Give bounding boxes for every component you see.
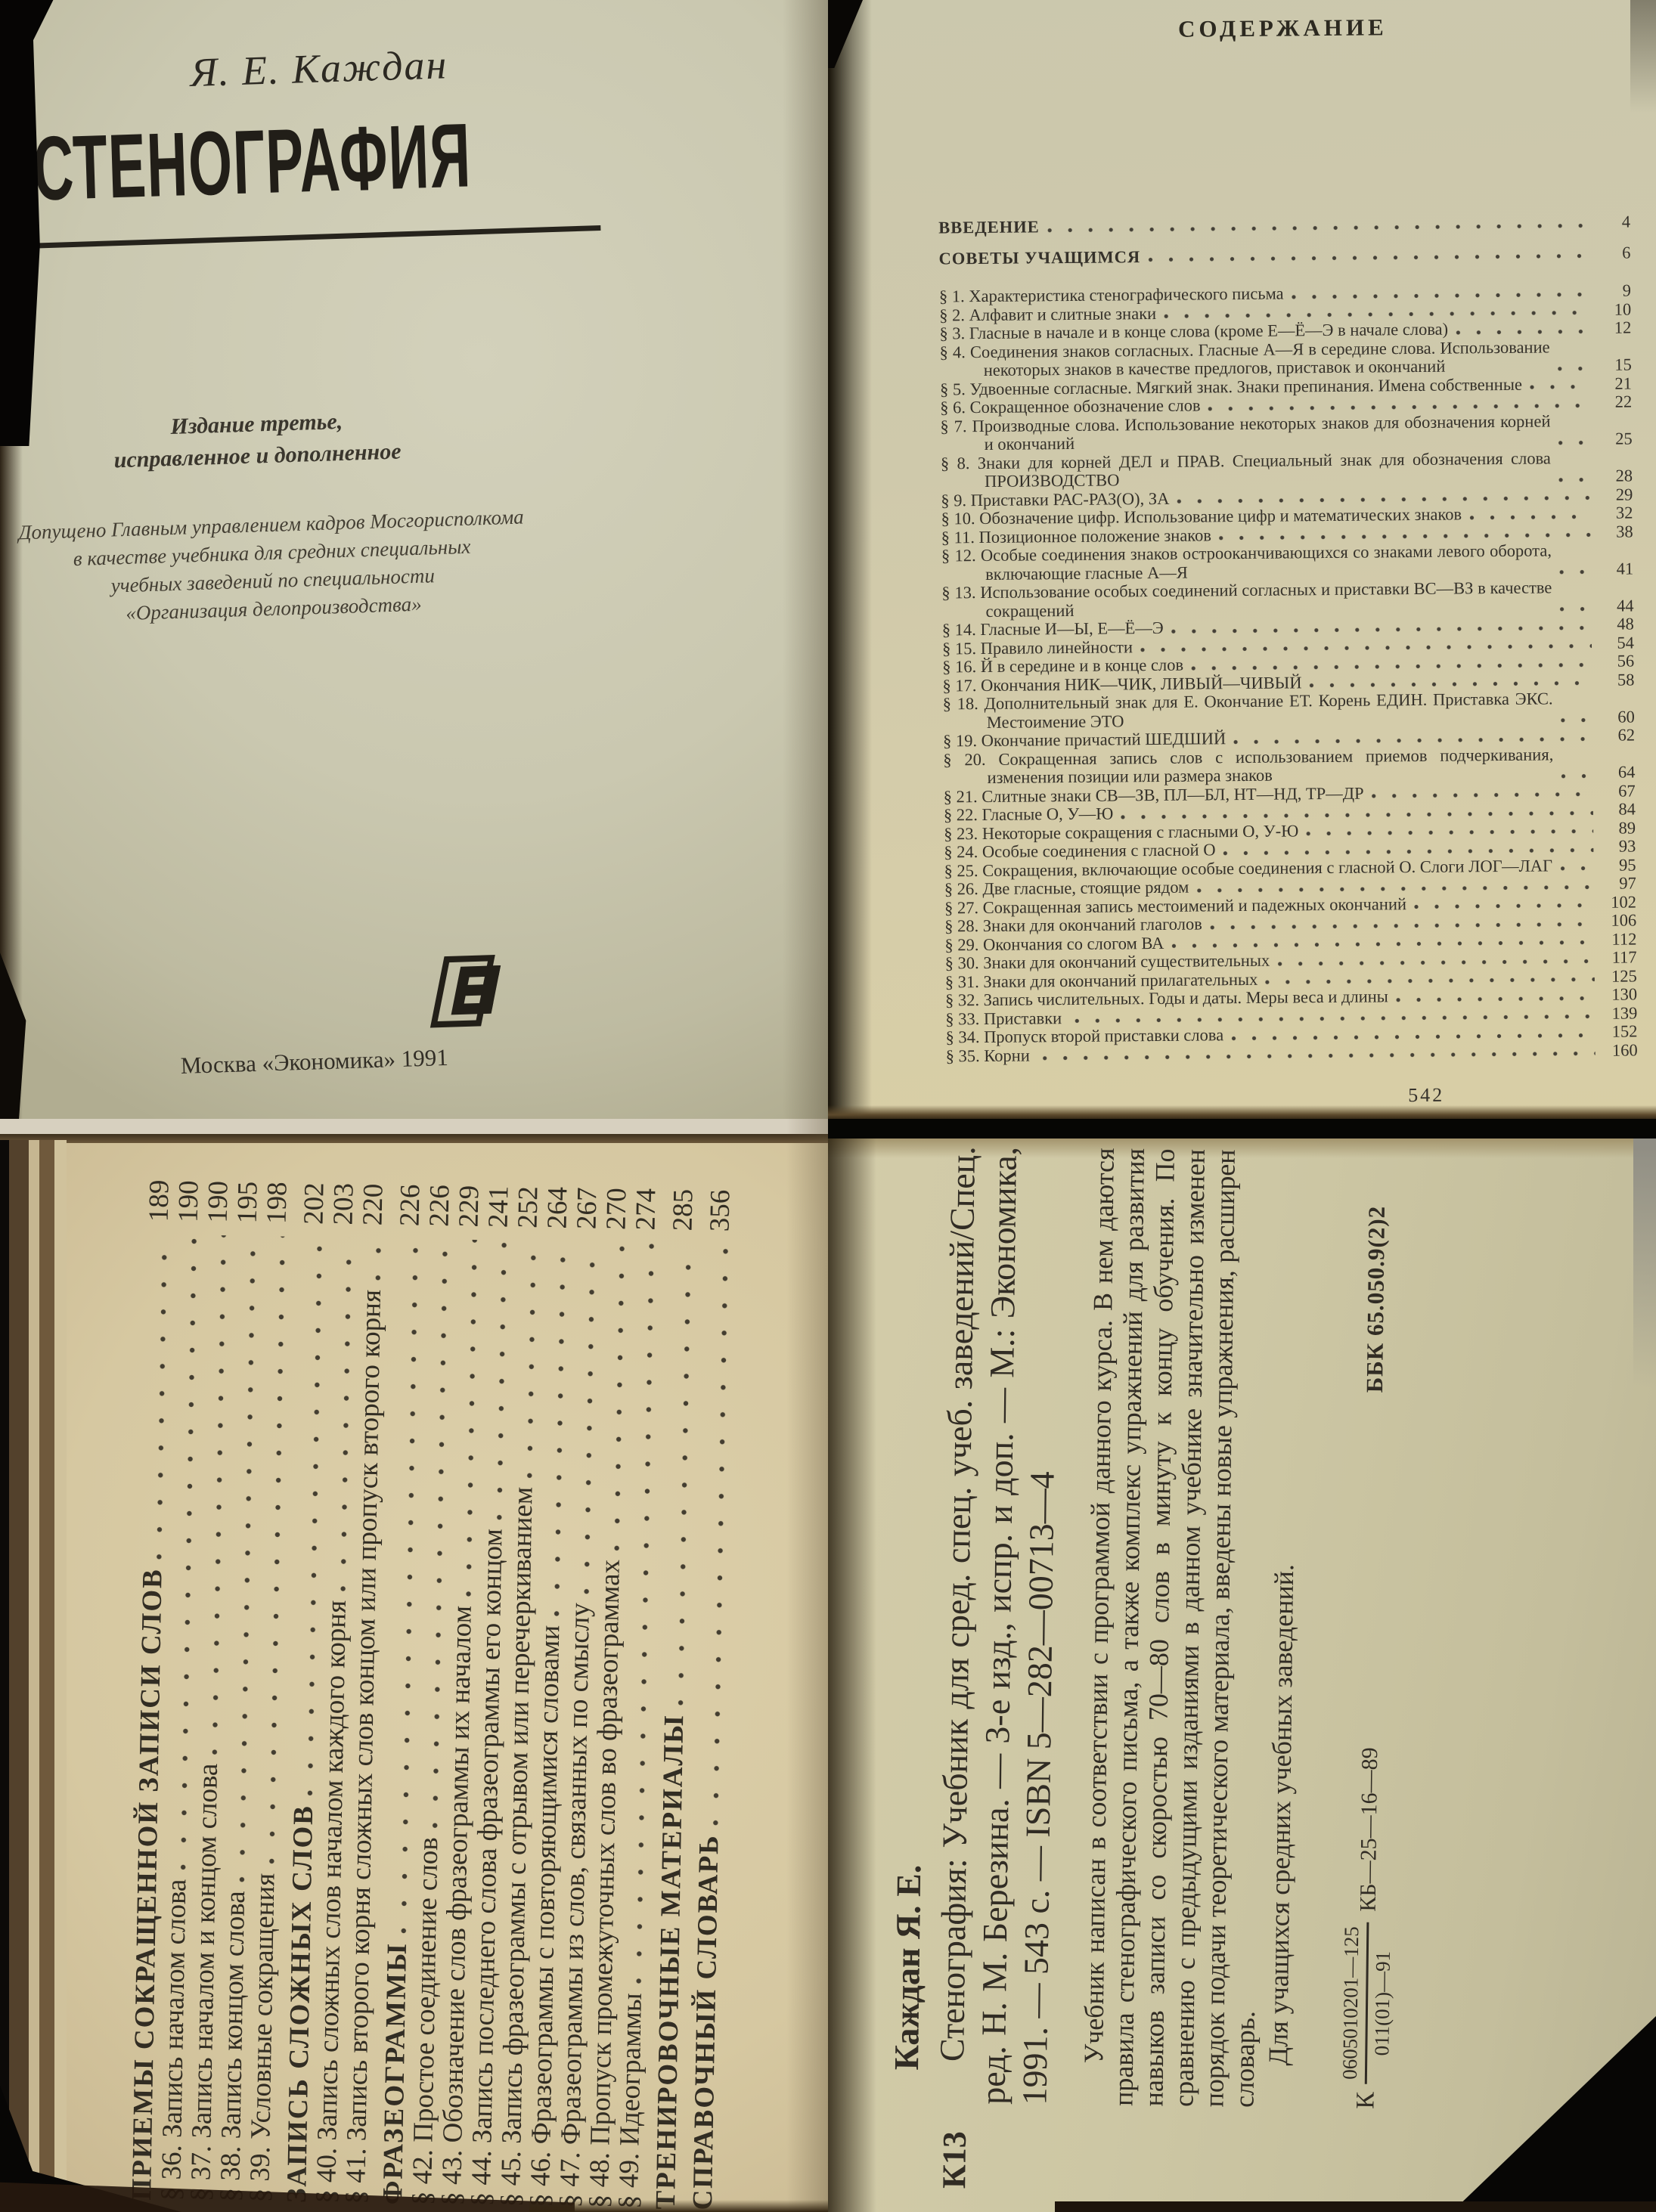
edition-note: Издание третье, исправленное и дополненн…: [0, 401, 519, 481]
toc-entry-label: § 20. Сокращенная запись слов с использо…: [943, 745, 1553, 788]
dot-leader: [1309, 678, 1592, 689]
dot-leader: [710, 1244, 730, 1826]
toc-entry-page: 10: [1593, 300, 1631, 319]
dot-leader: [551, 1241, 568, 1616]
catalog-numerator: 0605010201—125: [1337, 1922, 1369, 2084]
toc-entry-label: § 39. Условные сокращения: [245, 1873, 281, 2202]
toc-entry-label: § 7. Производные слова. Использование не…: [940, 412, 1550, 454]
dot-leader: [1148, 251, 1588, 263]
toc-entry-page: 198: [262, 1182, 292, 1231]
toc-entry-label: § 13. Использование особых соединений со…: [941, 578, 1552, 621]
toc-entry: СОВЕТЫ УЧАЩИМСЯ 6: [938, 243, 1630, 268]
toc-entry-label: § 35. Корни: [946, 1046, 1036, 1066]
catalog-index-row: К 0605010201—125 011(01)—91 КБ—25—16—89 …: [1336, 1151, 1406, 2109]
toc-entry-page: 190: [203, 1181, 233, 1230]
colophon-author: Каждан Я. Е.: [886, 1145, 938, 2071]
toc-entry: § 4. Соединения знаков согласных. Гласны…: [939, 337, 1631, 380]
contents-page-photo: СОДЕРЖАНИЕ ВВЕДЕНИЕ 4 СОВЕТЫ УЧАЩИМСЯ 6 …: [828, 0, 1656, 1119]
toc-entry-page: 189: [144, 1179, 174, 1228]
catalog-letter: К: [1351, 2092, 1380, 2109]
toc-entry-page: 195: [232, 1181, 262, 1230]
toc-entry-page: 22: [1594, 392, 1632, 411]
dot-leader: [1558, 437, 1590, 445]
toc-entry-page: 84: [1598, 800, 1636, 819]
book-author: Я. Е. Каждан: [190, 41, 448, 96]
toc-entry-page: 4: [1592, 213, 1630, 232]
toc-entry-label: § 18. Дополнительный знак для Е. Окончан…: [943, 689, 1553, 732]
bbk-classification: ББК 65.050.9(2)2: [1361, 1206, 1391, 1393]
toc-entry-page: 12: [1593, 318, 1631, 337]
toc-entry-page: 203: [328, 1183, 358, 1232]
dot-leader: [633, 1243, 656, 1984]
colophon-page-photo: К13 Каждан Я. Е. Стенография: Учебник дл…: [828, 1119, 1656, 2212]
toc-entry-page: 95: [1598, 856, 1636, 875]
toc-entry-page: 56: [1596, 652, 1634, 671]
toc-entry-page: 58: [1596, 671, 1634, 689]
dot-leader: [266, 1236, 287, 1864]
dot-leader: [1292, 289, 1589, 299]
dot-leader: [1164, 308, 1589, 320]
toc-entry-page: 252: [513, 1186, 543, 1235]
catalog-fraction: 0605010201—125 011(01)—91: [1337, 1922, 1397, 2084]
dot-leader: [611, 1242, 626, 1551]
toc-entry-page: 190: [173, 1180, 203, 1229]
dot-leader: [1372, 789, 1593, 800]
toc-entry-page: 9: [1593, 281, 1631, 300]
toc-entry-page: 117: [1599, 948, 1637, 967]
toc-entry-label: § 8. Знаки для корней ДЕЛ и ПРАВ. Специа…: [941, 449, 1551, 491]
dot-leader: [1047, 220, 1589, 233]
dot-leader: [1560, 604, 1592, 612]
toc-entry-label: § 12. Особые соединения знаков остроокан…: [941, 541, 1552, 584]
publisher-logo-icon: [426, 946, 510, 1035]
page-number: 542: [1366, 1083, 1487, 1107]
contents-list: ВВЕДЕНИЕ 4 СОВЕТЫ УЧАЩИМСЯ 6 § 1. Характ…: [938, 201, 1638, 1066]
toc-entry-page: 21: [1594, 374, 1632, 393]
toc-entry-page: 130: [1599, 985, 1637, 1004]
toc-entry-page: 93: [1598, 837, 1636, 856]
toc-entry-label: § 28. Знаки для окончаний глаголов: [944, 915, 1202, 935]
dot-leader: [1277, 956, 1595, 967]
toc-entry-page: 356: [705, 1189, 735, 1238]
dot-leader: [1414, 900, 1594, 910]
spine-shadow: [828, 1139, 876, 2212]
toc-entry-label: § 49. Идеограммы: [614, 1993, 647, 2209]
catalog-card: К13 Каждан Я. Е. Стенография: Учебник дл…: [885, 1145, 1406, 2198]
toc-entry-page: 29: [1595, 485, 1633, 504]
dot-leader: [1530, 382, 1589, 391]
toc-entry-page: 229: [454, 1185, 484, 1235]
dot-leader: [1177, 493, 1590, 505]
dot-leader: [1558, 363, 1589, 371]
dot-leader: [1456, 326, 1589, 336]
dot-leader: [1265, 974, 1595, 986]
dot-leader: [1191, 659, 1592, 671]
toc-entry-page: 64: [1597, 763, 1635, 782]
dot-leader: [1231, 1030, 1595, 1041]
dot-leader: [1121, 807, 1593, 819]
toc-entry-page: 28: [1595, 466, 1633, 485]
fanned-pages-edge: [0, 1140, 73, 2212]
catalog-card-code: К13: [935, 2131, 974, 2189]
photo-black-edge: [828, 1119, 1656, 1139]
book-scan-collage: { "colors": {"paper": "#cfccb1", "paper_…: [0, 0, 1656, 2212]
toc-entry-page: 226: [424, 1185, 454, 1234]
imprint-line: Москва «Экономика» 1991: [15, 1039, 613, 1085]
toc-entry-page: 241: [483, 1185, 513, 1235]
toc-entry: § 13. Использование особых соединений со…: [941, 578, 1633, 621]
toc-entry-page: 102: [1599, 893, 1636, 912]
dot-leader: [154, 1235, 169, 1560]
bibliographic-entry: Стенография: Учебник для сред. спец. уче…: [930, 1146, 1066, 2105]
dot-leader: [1140, 641, 1592, 653]
title-page-photo: Я. Е. Каждан СТЕНОГРАФИЯ Издание третье,…: [0, 0, 828, 1119]
toc-entry-label: § 33. Приставки: [945, 1009, 1067, 1029]
toc-entry: ВВЕДЕНИЕ 4: [938, 213, 1630, 237]
toc-entry-page: 202: [299, 1182, 329, 1231]
catalog-code: КБ—25—16—89: [1355, 1747, 1383, 1912]
contents-header: СОДЕРЖАНИЕ: [937, 12, 1629, 45]
toc-entry-label: СПРАВОЧНЫЙ СЛОВАРЬ: [688, 1834, 724, 2210]
toc-entry-page: 267: [572, 1187, 602, 1236]
toc-entry-page: 106: [1599, 911, 1636, 930]
toc-entry-label: § 16. Й в середине и в конце слов: [942, 656, 1183, 677]
dot-leader: [524, 1241, 538, 1478]
annotation-paragraph: Учебник написан в соответствии с програм…: [1078, 1148, 1270, 2108]
toc-entry-page: 139: [1599, 1004, 1637, 1023]
toc-entry-page: 152: [1599, 1022, 1637, 1041]
toc-entry-label: § 34. Пропуск второй приставки слова: [945, 1026, 1223, 1047]
toc-entry-page: 274: [631, 1188, 661, 1238]
toc-entry-page: 54: [1596, 634, 1634, 652]
toc-entry-label: ТРЕНИРОВОЧНЫЕ МАТЕРИАЛЫ: [651, 1714, 689, 2210]
catalog-denominator: 011(01)—91: [1367, 1922, 1397, 2085]
dot-leader: [1043, 1049, 1596, 1061]
dot-leader: [1561, 715, 1592, 723]
dot-leader: [1396, 993, 1595, 1002]
dot-leader: [1560, 863, 1594, 872]
title-underline: [34, 225, 601, 249]
toc-entry-label: ВВЕДЕНИЕ: [938, 218, 1040, 237]
toc-entry-page: 285: [668, 1188, 698, 1238]
toc-entry-page: 226: [395, 1184, 425, 1233]
toc-entry-page: 270: [601, 1188, 631, 1237]
dot-leader: [1558, 474, 1590, 482]
toc-entry-label: § 26. Две гласные, стоящие рядом: [944, 878, 1189, 899]
toc-entry-page: 160: [1600, 1041, 1638, 1060]
dot-leader: [675, 1244, 693, 1705]
toc-entry: § 8. Знаки для корней ДЕЛ и ПРАВ. Специа…: [941, 448, 1633, 491]
dot-leader: [1171, 937, 1594, 950]
dot-leader: [463, 1240, 479, 1597]
toc-entry-page: 6: [1592, 243, 1630, 262]
toc-entry-label: § 22. Гласные О, У—Ю: [944, 804, 1114, 824]
approval-note: Допущено Главным управлением кадров Мосг…: [0, 503, 546, 632]
toc-entry-page: 48: [1596, 615, 1634, 634]
toc-entry-page: 220: [358, 1183, 388, 1232]
toc-entry-label: СОВЕТЫ УЧАЩИМСЯ: [938, 248, 1140, 268]
dot-leader: [1075, 1012, 1595, 1024]
contents-list-continued: ПРИЕМЫ СОКРАЩЕННОЙ ЗАПИСИ СЛОВ 189 § 36.…: [119, 1179, 751, 2210]
facing-page-edge: [0, 1119, 828, 1134]
toc-entry-page: 62: [1597, 726, 1635, 745]
toc-entry-page: 15: [1594, 355, 1632, 374]
spine-shadow: [786, 1119, 828, 2212]
dot-leader: [581, 1242, 597, 1594]
dot-leader: [1210, 919, 1594, 930]
dot-leader: [1196, 881, 1594, 894]
book-title: СТЕНОГРАФИЯ: [32, 110, 473, 214]
toc-entry-page: 125: [1599, 967, 1637, 986]
contents-page-content: СОДЕРЖАНИЕ ВВЕДЕНИЕ 4 СОВЕТЫ УЧАЩИМСЯ 6 …: [828, 0, 1656, 1119]
dot-leader: [1171, 622, 1592, 634]
dot-leader: [1233, 733, 1592, 745]
toc-entry-label: § 6. Сокращенное обозначение слов: [940, 396, 1201, 417]
dot-leader: [1561, 770, 1592, 779]
photo-black-edge: [1055, 2201, 1656, 2212]
toc-entry-page: 41: [1596, 559, 1633, 578]
dot-leader: [1219, 530, 1591, 541]
contents-continued-photo: ПРИЕМЫ СОКРАЩЕННОЙ ЗАПИСИ СЛОВ 189 § 36.…: [0, 1119, 828, 2212]
dot-leader: [1559, 567, 1591, 575]
toc-entry-label: § 4. Соединения знаков согласных. Гласны…: [939, 338, 1549, 380]
dot-leader: [1208, 400, 1590, 411]
dot-leader: [1223, 844, 1594, 856]
colophon-content: К13 Каждан Я. Е. Стенография: Учебник дл…: [885, 1145, 1656, 2201]
toc-entry: § 20. Сокращенная запись слов с использо…: [943, 745, 1635, 788]
toc-entry-page: 67: [1598, 782, 1636, 801]
toc-entry-page: 112: [1599, 930, 1636, 949]
dot-leader: [372, 1238, 383, 1281]
toc-entry: § 18. Дополнительный знак для Е. Окончан…: [943, 689, 1635, 732]
toc-entry-page: 89: [1598, 819, 1636, 838]
title-page-content: Я. Е. Каждан СТЕНОГРАФИЯ Издание третье,…: [0, 0, 828, 1119]
dot-leader: [494, 1241, 508, 1520]
toc-entry-page: 32: [1595, 503, 1633, 522]
toc-entry-page: 38: [1596, 522, 1633, 541]
toc-entry-page: 44: [1596, 596, 1633, 615]
toc-entry-page: 264: [542, 1187, 572, 1236]
toc-entry-page: 25: [1595, 429, 1633, 448]
dot-leader: [337, 1238, 353, 1591]
photo-edge-shadow: [0, 1134, 828, 1143]
toc-entry-label: § 15. Правило линейности: [942, 638, 1133, 658]
dot-leader: [1306, 826, 1593, 837]
toc-entry-label: § 14. Гласные И—Ы, Е—Ё—Э: [942, 619, 1164, 640]
toc-entry-page: 97: [1599, 874, 1636, 893]
toc-entry-page: 60: [1597, 708, 1635, 726]
toc-entry: § 7. Производные слова. Использование не…: [940, 411, 1632, 454]
dot-leader: [1469, 511, 1590, 520]
